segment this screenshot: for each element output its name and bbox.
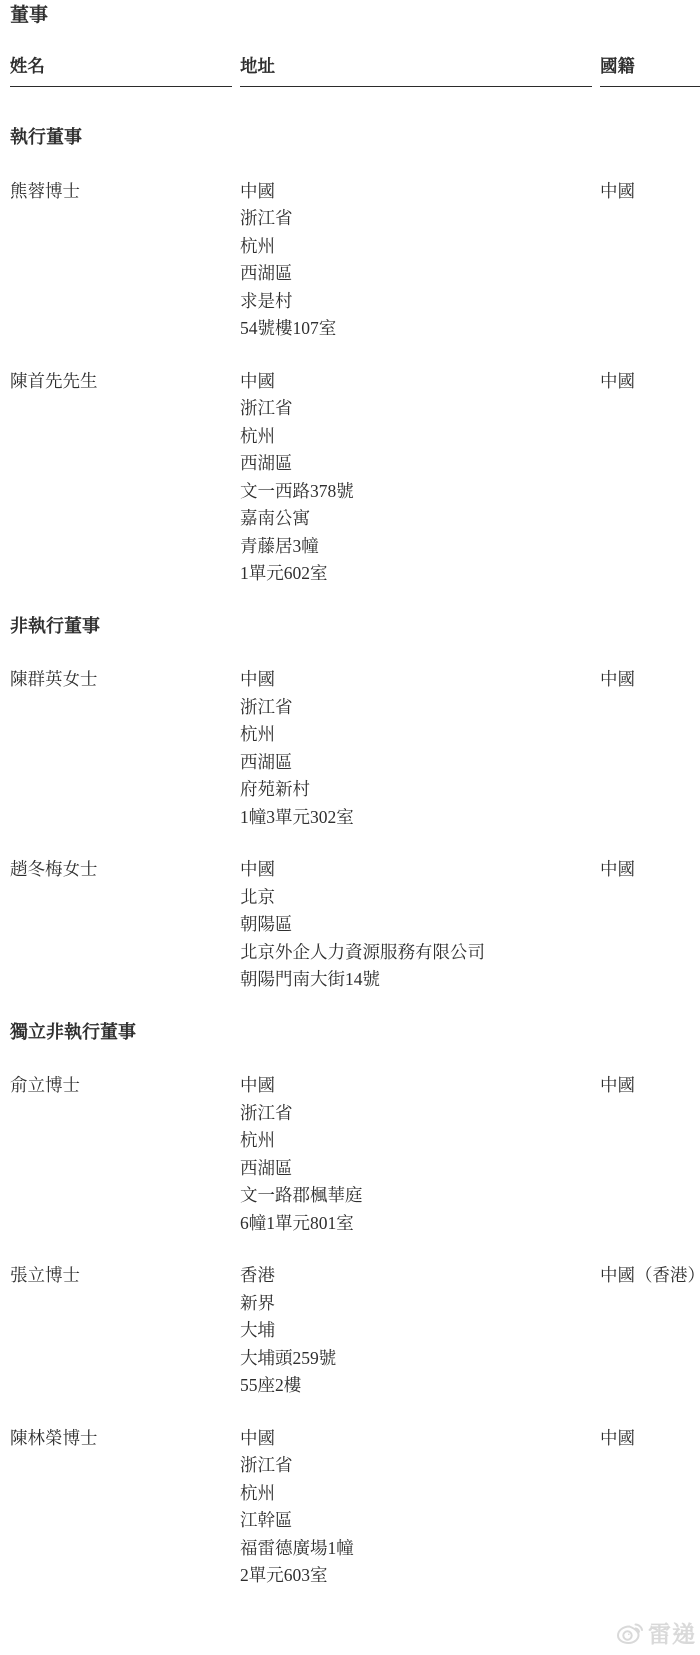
- address-line: 1幢3單元302室: [240, 804, 592, 832]
- address-line: 浙江省: [240, 1452, 592, 1480]
- address-line: 西湖區: [240, 1155, 592, 1183]
- address-line: 中國: [240, 1425, 592, 1453]
- director-row: 俞立博士 中國浙江省杭州西湖區文一路郡楓華庭6幢1單元801室 中國: [10, 1072, 700, 1237]
- director-nationality: 中國（香港）: [600, 1262, 700, 1400]
- watermark: 雷递: [615, 1616, 696, 1649]
- director-name: 陳首先先生: [10, 368, 232, 588]
- address-line: 2單元603室: [240, 1562, 592, 1590]
- address-line: 文一路郡楓華庭: [240, 1182, 592, 1210]
- director-name: 陳林榮博士: [10, 1425, 232, 1590]
- address-line: 朝陽門南大街14號: [240, 966, 592, 994]
- section-heading: 執行董事: [10, 124, 700, 152]
- section-rows: 陳群英女士 中國浙江省杭州西湖區府苑新村1幢3單元302室 中國 趙冬梅女士 中…: [10, 666, 700, 994]
- address-line: 中國: [240, 1072, 592, 1100]
- page-title: 董事: [10, 4, 700, 28]
- column-header-address: 地址: [240, 55, 592, 87]
- address-line: 浙江省: [240, 694, 592, 722]
- address-line: 杭州: [240, 423, 592, 451]
- director-nationality: 中國: [600, 666, 700, 831]
- address-line: 杭州: [240, 1480, 592, 1508]
- directors-page: 董事 姓名 地址 國籍 執行董事 熊蓉博士 中國浙江省杭州西湖區求是村54號樓1…: [0, 0, 700, 1655]
- director-address: 中國浙江省杭州西湖區求是村54號樓107室: [240, 178, 592, 343]
- address-line: 大埔: [240, 1317, 592, 1345]
- column-header-nationality: 國籍: [600, 55, 700, 87]
- address-line: 中國: [240, 368, 592, 396]
- address-line: 江幹區: [240, 1507, 592, 1535]
- director-row: 陳群英女士 中國浙江省杭州西湖區府苑新村1幢3單元302室 中國: [10, 666, 700, 831]
- director-nationality: 中國: [600, 1072, 700, 1237]
- address-line: 中國: [240, 856, 592, 884]
- address-line: 浙江省: [240, 1100, 592, 1128]
- address-line: 杭州: [240, 233, 592, 261]
- director-row: 張立博士 香港新界大埔大埔頭259號55座2樓 中國（香港）: [10, 1262, 700, 1400]
- address-line: 54號樓107室: [240, 315, 592, 343]
- director-section: 非執行董事 陳群英女士 中國浙江省杭州西湖區府苑新村1幢3單元302室 中國 趙…: [10, 613, 700, 994]
- director-name: 趙冬梅女士: [10, 856, 232, 994]
- address-line: 中國: [240, 178, 592, 206]
- director-address: 香港新界大埔大埔頭259號55座2樓: [240, 1262, 592, 1400]
- address-line: 6幢1單元801室: [240, 1210, 592, 1238]
- director-sections: 執行董事 熊蓉博士 中國浙江省杭州西湖區求是村54號樓107室 中國 陳首先先生…: [10, 124, 700, 1590]
- table-header-row: 姓名 地址 國籍: [10, 55, 700, 87]
- director-row: 趙冬梅女士 中國北京朝陽區北京外企人力資源服務有限公司朝陽門南大街14號 中國: [10, 856, 700, 994]
- address-line: 青藤居3幢: [240, 533, 592, 561]
- director-name: 熊蓉博士: [10, 178, 232, 343]
- address-line: 嘉南公寓: [240, 505, 592, 533]
- weibo-icon: [615, 1618, 645, 1646]
- address-line: 大埔頭259號: [240, 1345, 592, 1373]
- director-address: 中國浙江省杭州江幹區福雷德廣場1幢2單元603室: [240, 1425, 592, 1590]
- director-nationality: 中國: [600, 856, 700, 994]
- address-line: 府苑新村: [240, 776, 592, 804]
- address-line: 北京: [240, 884, 592, 912]
- address-line: 西湖區: [240, 749, 592, 777]
- address-line: 西湖區: [240, 260, 592, 288]
- director-row: 陳林榮博士 中國浙江省杭州江幹區福雷德廣場1幢2單元603室 中國: [10, 1425, 700, 1590]
- address-line: 求是村: [240, 288, 592, 316]
- director-address: 中國浙江省杭州西湖區文一西路378號嘉南公寓青藤居3幢1單元602室: [240, 368, 592, 588]
- address-line: 香港: [240, 1262, 592, 1290]
- director-section: 執行董事 熊蓉博士 中國浙江省杭州西湖區求是村54號樓107室 中國 陳首先先生…: [10, 124, 700, 588]
- director-name: 陳群英女士: [10, 666, 232, 831]
- director-name: 張立博士: [10, 1262, 232, 1400]
- section-heading: 獨立非執行董事: [10, 1019, 700, 1047]
- address-line: 中國: [240, 666, 592, 694]
- director-name: 俞立博士: [10, 1072, 232, 1237]
- address-line: 杭州: [240, 721, 592, 749]
- address-line: 朝陽區: [240, 911, 592, 939]
- director-nationality: 中國: [600, 1425, 700, 1590]
- director-address: 中國浙江省杭州西湖區府苑新村1幢3單元302室: [240, 666, 592, 831]
- director-section: 獨立非執行董事 俞立博士 中國浙江省杭州西湖區文一路郡楓華庭6幢1單元801室 …: [10, 1019, 700, 1590]
- director-row: 熊蓉博士 中國浙江省杭州西湖區求是村54號樓107室 中國: [10, 178, 700, 343]
- director-nationality: 中國: [600, 368, 700, 588]
- section-rows: 俞立博士 中國浙江省杭州西湖區文一路郡楓華庭6幢1單元801室 中國 張立博士 …: [10, 1072, 700, 1590]
- address-line: 浙江省: [240, 205, 592, 233]
- director-nationality: 中國: [600, 178, 700, 343]
- address-line: 新界: [240, 1290, 592, 1318]
- director-address: 中國浙江省杭州西湖區文一路郡楓華庭6幢1單元801室: [240, 1072, 592, 1237]
- director-address: 中國北京朝陽區北京外企人力資源服務有限公司朝陽門南大街14號: [240, 856, 592, 994]
- address-line: 55座2樓: [240, 1372, 592, 1400]
- address-line: 杭州: [240, 1127, 592, 1155]
- address-line: 1單元602室: [240, 560, 592, 588]
- address-line: 西湖區: [240, 450, 592, 478]
- section-rows: 熊蓉博士 中國浙江省杭州西湖區求是村54號樓107室 中國 陳首先先生 中國浙江…: [10, 178, 700, 588]
- director-row: 陳首先先生 中國浙江省杭州西湖區文一西路378號嘉南公寓青藤居3幢1單元602室…: [10, 368, 700, 588]
- section-heading: 非執行董事: [10, 613, 700, 641]
- address-line: 文一西路378號: [240, 478, 592, 506]
- address-line: 北京外企人力資源服務有限公司: [240, 939, 592, 967]
- address-line: 浙江省: [240, 395, 592, 423]
- column-header-name: 姓名: [10, 55, 232, 87]
- watermark-text: 雷递: [648, 1616, 696, 1649]
- address-line: 福雷德廣場1幢: [240, 1535, 592, 1563]
